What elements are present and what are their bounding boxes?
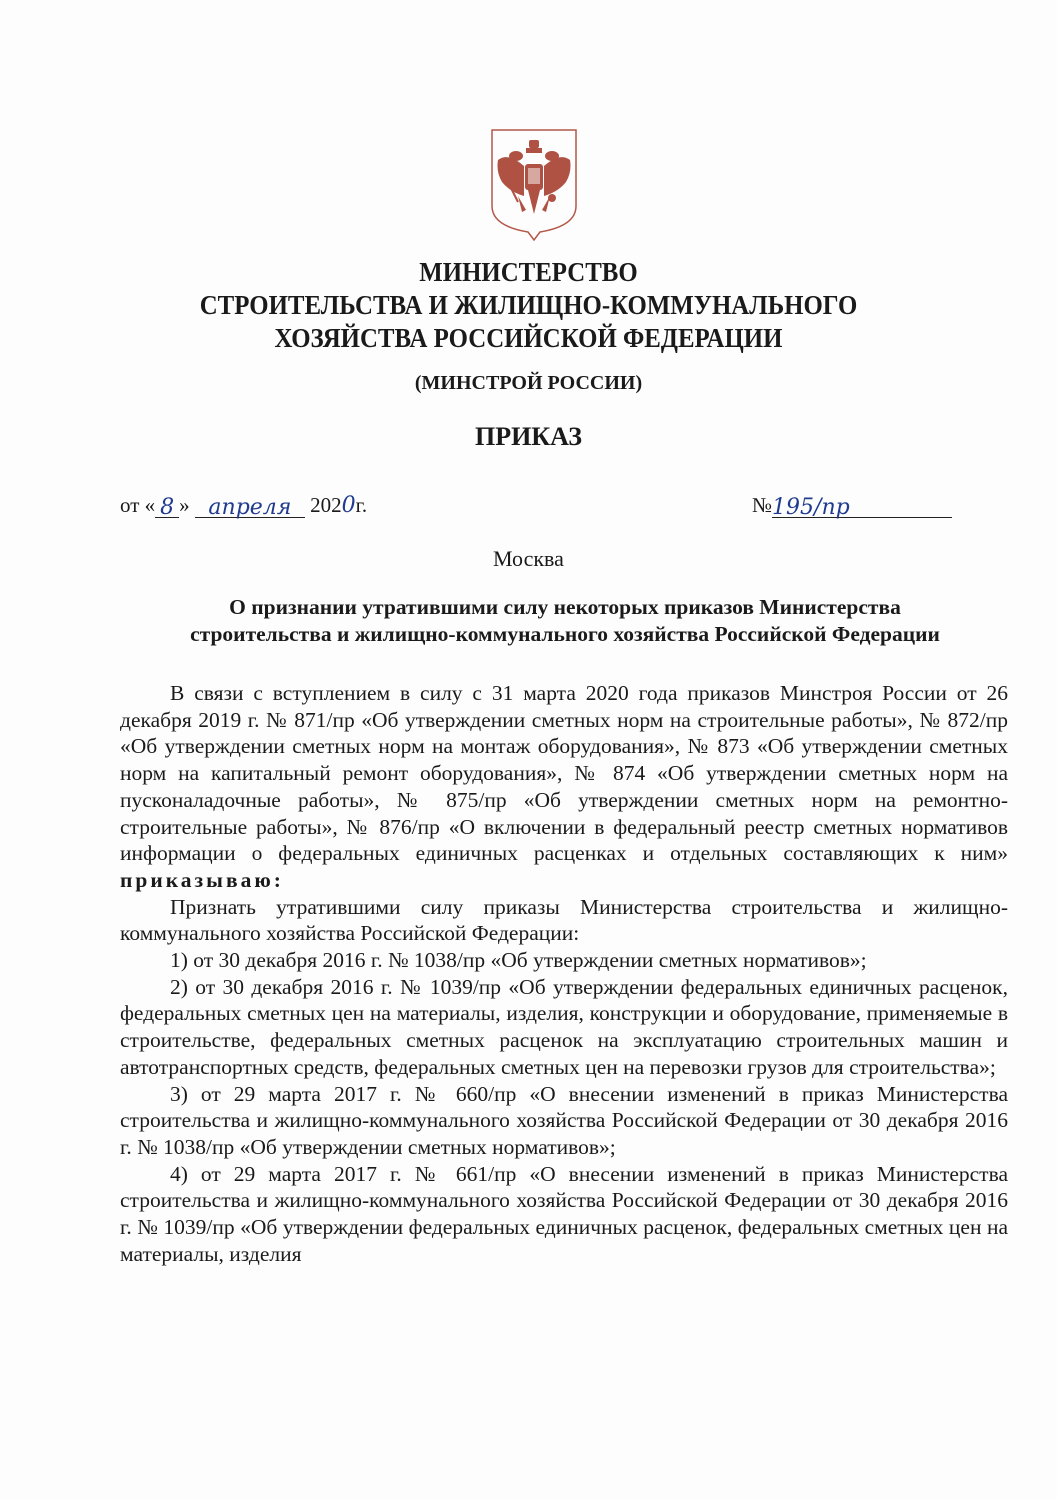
order-word: приказываю: bbox=[120, 868, 284, 892]
list-item: 4) от 29 марта 2017 г. № 661/пр «О внесе… bbox=[120, 1161, 1008, 1268]
title-line-1: О признании утратившими силу некоторых п… bbox=[120, 594, 1010, 621]
date-year-hand: 0 bbox=[342, 493, 356, 518]
ministry-line-3: ХОЗЯЙСТВА РОССИЙСКОЙ ФЕДЕРАЦИИ bbox=[42, 322, 1014, 355]
ministry-line-2: СТРОИТЕЛЬСТВА И ЖИЛИЩНО-КОММУНАЛЬНОГО bbox=[42, 289, 1014, 322]
date-year: 202 bbox=[310, 493, 342, 517]
date-suffix: г. bbox=[356, 493, 368, 517]
ministry-abbrev: (МИНСТРОЙ РОССИИ) bbox=[0, 372, 1057, 395]
date-mid: » bbox=[179, 493, 190, 517]
date-prefix: от « bbox=[120, 493, 155, 517]
ministry-name: МИНИСТЕРСТВО СТРОИТЕЛЬСТВА И ЖИЛИЩНО-КОМ… bbox=[42, 256, 1014, 355]
date-line: от «8» апреля 2020г. bbox=[120, 493, 367, 518]
city: Москва bbox=[0, 546, 1057, 572]
title-line-2: строительства и жилищно-коммунального хо… bbox=[120, 621, 1010, 648]
preamble-text: В связи с вступлением в силу с 31 марта … bbox=[120, 681, 1008, 865]
document-title: О признании утратившими силу некоторых п… bbox=[120, 594, 1010, 648]
document-page: МИНИСТЕРСТВО СТРОИТЕЛЬСТВА И ЖИЛИЩНО-КОМ… bbox=[0, 0, 1057, 1500]
order-number: 195/пр bbox=[772, 495, 952, 518]
date-month: апреля bbox=[195, 495, 305, 518]
document-body: В связи с вступлением в силу с 31 марта … bbox=[120, 680, 1008, 1267]
number-sign: № bbox=[752, 493, 772, 517]
list-item: 2) от 30 декабря 2016 г. № 1039/пр «Об у… bbox=[120, 974, 1008, 1081]
intro-paragraph: Признать утратившими силу приказы Минист… bbox=[120, 894, 1008, 947]
document-type: ПРИКАЗ bbox=[0, 422, 1057, 452]
list-item: 1) от 30 декабря 2016 г. № 1038/пр «Об у… bbox=[120, 947, 1008, 974]
list-item: 3) от 29 марта 2017 г. № 660/пр «О внесе… bbox=[120, 1081, 1008, 1161]
ministry-line-1: МИНИСТЕРСТВО bbox=[42, 256, 1014, 289]
date-day: 8 bbox=[155, 495, 179, 518]
russian-coat-of-arms-icon bbox=[488, 126, 580, 242]
preamble-paragraph: В связи с вступлением в силу с 31 марта … bbox=[120, 680, 1008, 894]
order-number-line: №195/пр bbox=[752, 493, 957, 518]
